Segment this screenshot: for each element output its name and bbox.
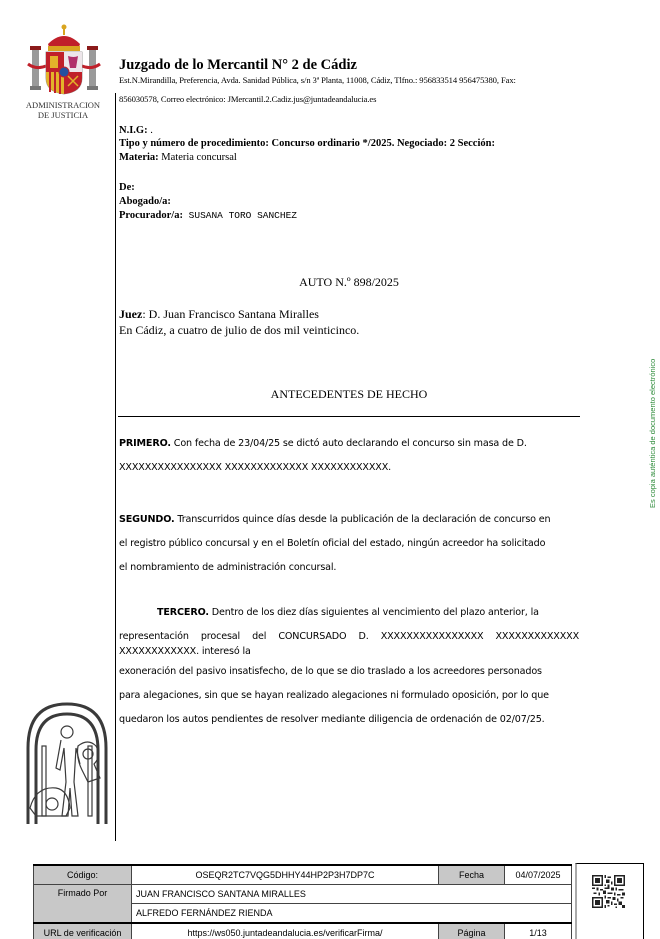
admin-label-line2: DE JUSTICIA bbox=[22, 110, 104, 120]
paragraph-primero: PRIMERO. Con fecha de 23/04/25 se dictó … bbox=[119, 437, 579, 485]
paragraph-tercero: TERCERO. Dentro de los diez días siguien… bbox=[119, 606, 579, 737]
pagina-label: Página bbox=[439, 923, 505, 939]
paragraph-segundo: SEGUNDO. Transcurridos quince días desde… bbox=[119, 513, 579, 585]
url-row: URL de verificación https://ws050.juntad… bbox=[34, 923, 572, 939]
segundo-line3: el nombramiento de administración concur… bbox=[119, 561, 579, 585]
admin-label-line1: ADMINISTRACION bbox=[22, 100, 104, 110]
procurador-label: Procurador/a: bbox=[119, 210, 183, 221]
nig-label: N.I.G: bbox=[119, 125, 148, 136]
judge-value: : D. Juan Francisco Santana Miralles bbox=[142, 307, 319, 321]
segundo-text1: Transcurridos quince días desde la publi… bbox=[175, 514, 551, 525]
authentic-copy-note: Es copia auténtica de documento electrón… bbox=[648, 359, 657, 508]
tercero-line4: exoneración del pasivo insatisfecho, de … bbox=[119, 665, 579, 689]
tercero-line3: XXXXXXXXXXXX. interesó la bbox=[119, 645, 579, 665]
verification-url-link[interactable]: https://ws050.juntadeandalucia.es/verifi… bbox=[132, 923, 439, 939]
tercero-line5: para alegaciones, sin que se hayan reali… bbox=[119, 689, 579, 713]
procedure-type: Tipo y número de procedimiento: Concurso… bbox=[119, 137, 495, 150]
signature-table: Código: OSEQR2TC7VQG5DHHY44HP2P3H7DP7C F… bbox=[33, 864, 572, 939]
abogado-label: Abogado/a: bbox=[119, 196, 171, 207]
administracion-justicia-label: ADMINISTRACION DE JUSTICIA bbox=[22, 100, 104, 120]
procurador-value: SUSANA TORO SANCHEZ bbox=[183, 210, 297, 221]
tercero-line1: TERCERO. Dentro de los diez días siguien… bbox=[119, 606, 579, 630]
firmado-row-1: Firmado Por JUAN FRANCISCO SANTANA MIRAL… bbox=[34, 885, 572, 904]
junta-andalucia-logo-icon bbox=[22, 698, 112, 824]
de-field: De: bbox=[119, 181, 135, 194]
primero-line2: XXXXXXXXXXXXXXXX XXXXXXXXXXXXX XXXXXXXXX… bbox=[119, 461, 579, 485]
qr-code-icon[interactable] bbox=[592, 875, 625, 908]
materia-value: Materia concursal bbox=[159, 152, 237, 163]
url-label: URL de verificación bbox=[34, 923, 132, 939]
primero-text1: Con fecha de 23/04/25 se dictó auto decl… bbox=[171, 438, 527, 449]
coat-of-arms-icon bbox=[26, 22, 102, 98]
codigo-label: Código: bbox=[34, 865, 132, 885]
procedure-type-label: Tipo y número de procedimiento: Concurso… bbox=[119, 138, 495, 149]
judge-line: Juez: D. Juan Francisco Santana Miralles bbox=[119, 307, 319, 322]
codigo-value: OSEQR2TC7VQG5DHHY44HP2P3H7DP7C bbox=[132, 865, 439, 885]
judge-label: Juez bbox=[119, 307, 142, 321]
segundo-line2: el registro público concursal y en el Bo… bbox=[119, 537, 579, 561]
abogado-field: Abogado/a: bbox=[119, 195, 171, 208]
signer-2: ALFREDO FERNÁNDEZ RIENDA bbox=[132, 904, 572, 924]
margin-line bbox=[115, 93, 116, 841]
nig-field: N.I.G: . bbox=[119, 124, 153, 137]
court-title: Juzgado de lo Mercantil N° 2 de Cádiz bbox=[119, 57, 357, 74]
materia-label: Materia: bbox=[119, 152, 159, 163]
tercero-line6: quedaron los autos pendientes de resolve… bbox=[119, 713, 579, 737]
procurador-field: Procurador/a: SUSANA TORO SANCHEZ bbox=[119, 209, 297, 222]
section-title: ANTECEDENTES DE HECHO bbox=[116, 387, 582, 402]
court-address-line1: Est.N.Mirandilla, Preferencia, Avda. San… bbox=[119, 75, 516, 85]
segundo-line1: SEGUNDO. Transcurridos quince días desde… bbox=[119, 513, 579, 537]
signer-1: JUAN FRANCISCO SANTANA MIRALLES bbox=[132, 885, 572, 904]
nig-value: . bbox=[148, 125, 153, 136]
firmado-label: Firmado Por bbox=[34, 885, 132, 924]
segundo-label: SEGUNDO. bbox=[119, 514, 175, 525]
materia-field: Materia: Materia concursal bbox=[119, 151, 237, 164]
primero-line1: PRIMERO. Con fecha de 23/04/25 se dictó … bbox=[119, 437, 579, 461]
de-label: De: bbox=[119, 182, 135, 193]
tercero-line2: representación procesal del CONCURSADO D… bbox=[119, 630, 579, 645]
primero-label: PRIMERO. bbox=[119, 438, 171, 449]
auto-title: AUTO N.º 898/2025 bbox=[116, 275, 582, 290]
tercero-text1: Dentro de los diez días siguientes al ve… bbox=[209, 607, 539, 618]
pagina-value: 1/13 bbox=[505, 923, 572, 939]
tercero-label: TERCERO. bbox=[157, 607, 209, 618]
fecha-value: 04/07/2025 bbox=[505, 865, 572, 885]
horizontal-rule bbox=[118, 416, 580, 417]
court-address-line2: 856030578, Correo electrónico: JMercanti… bbox=[119, 94, 376, 104]
place-date: En Cádiz, a cuatro de julio de dos mil v… bbox=[119, 323, 359, 338]
fecha-label: Fecha bbox=[439, 865, 505, 885]
codigo-row: Código: OSEQR2TC7VQG5DHHY44HP2P3H7DP7C F… bbox=[34, 865, 572, 885]
